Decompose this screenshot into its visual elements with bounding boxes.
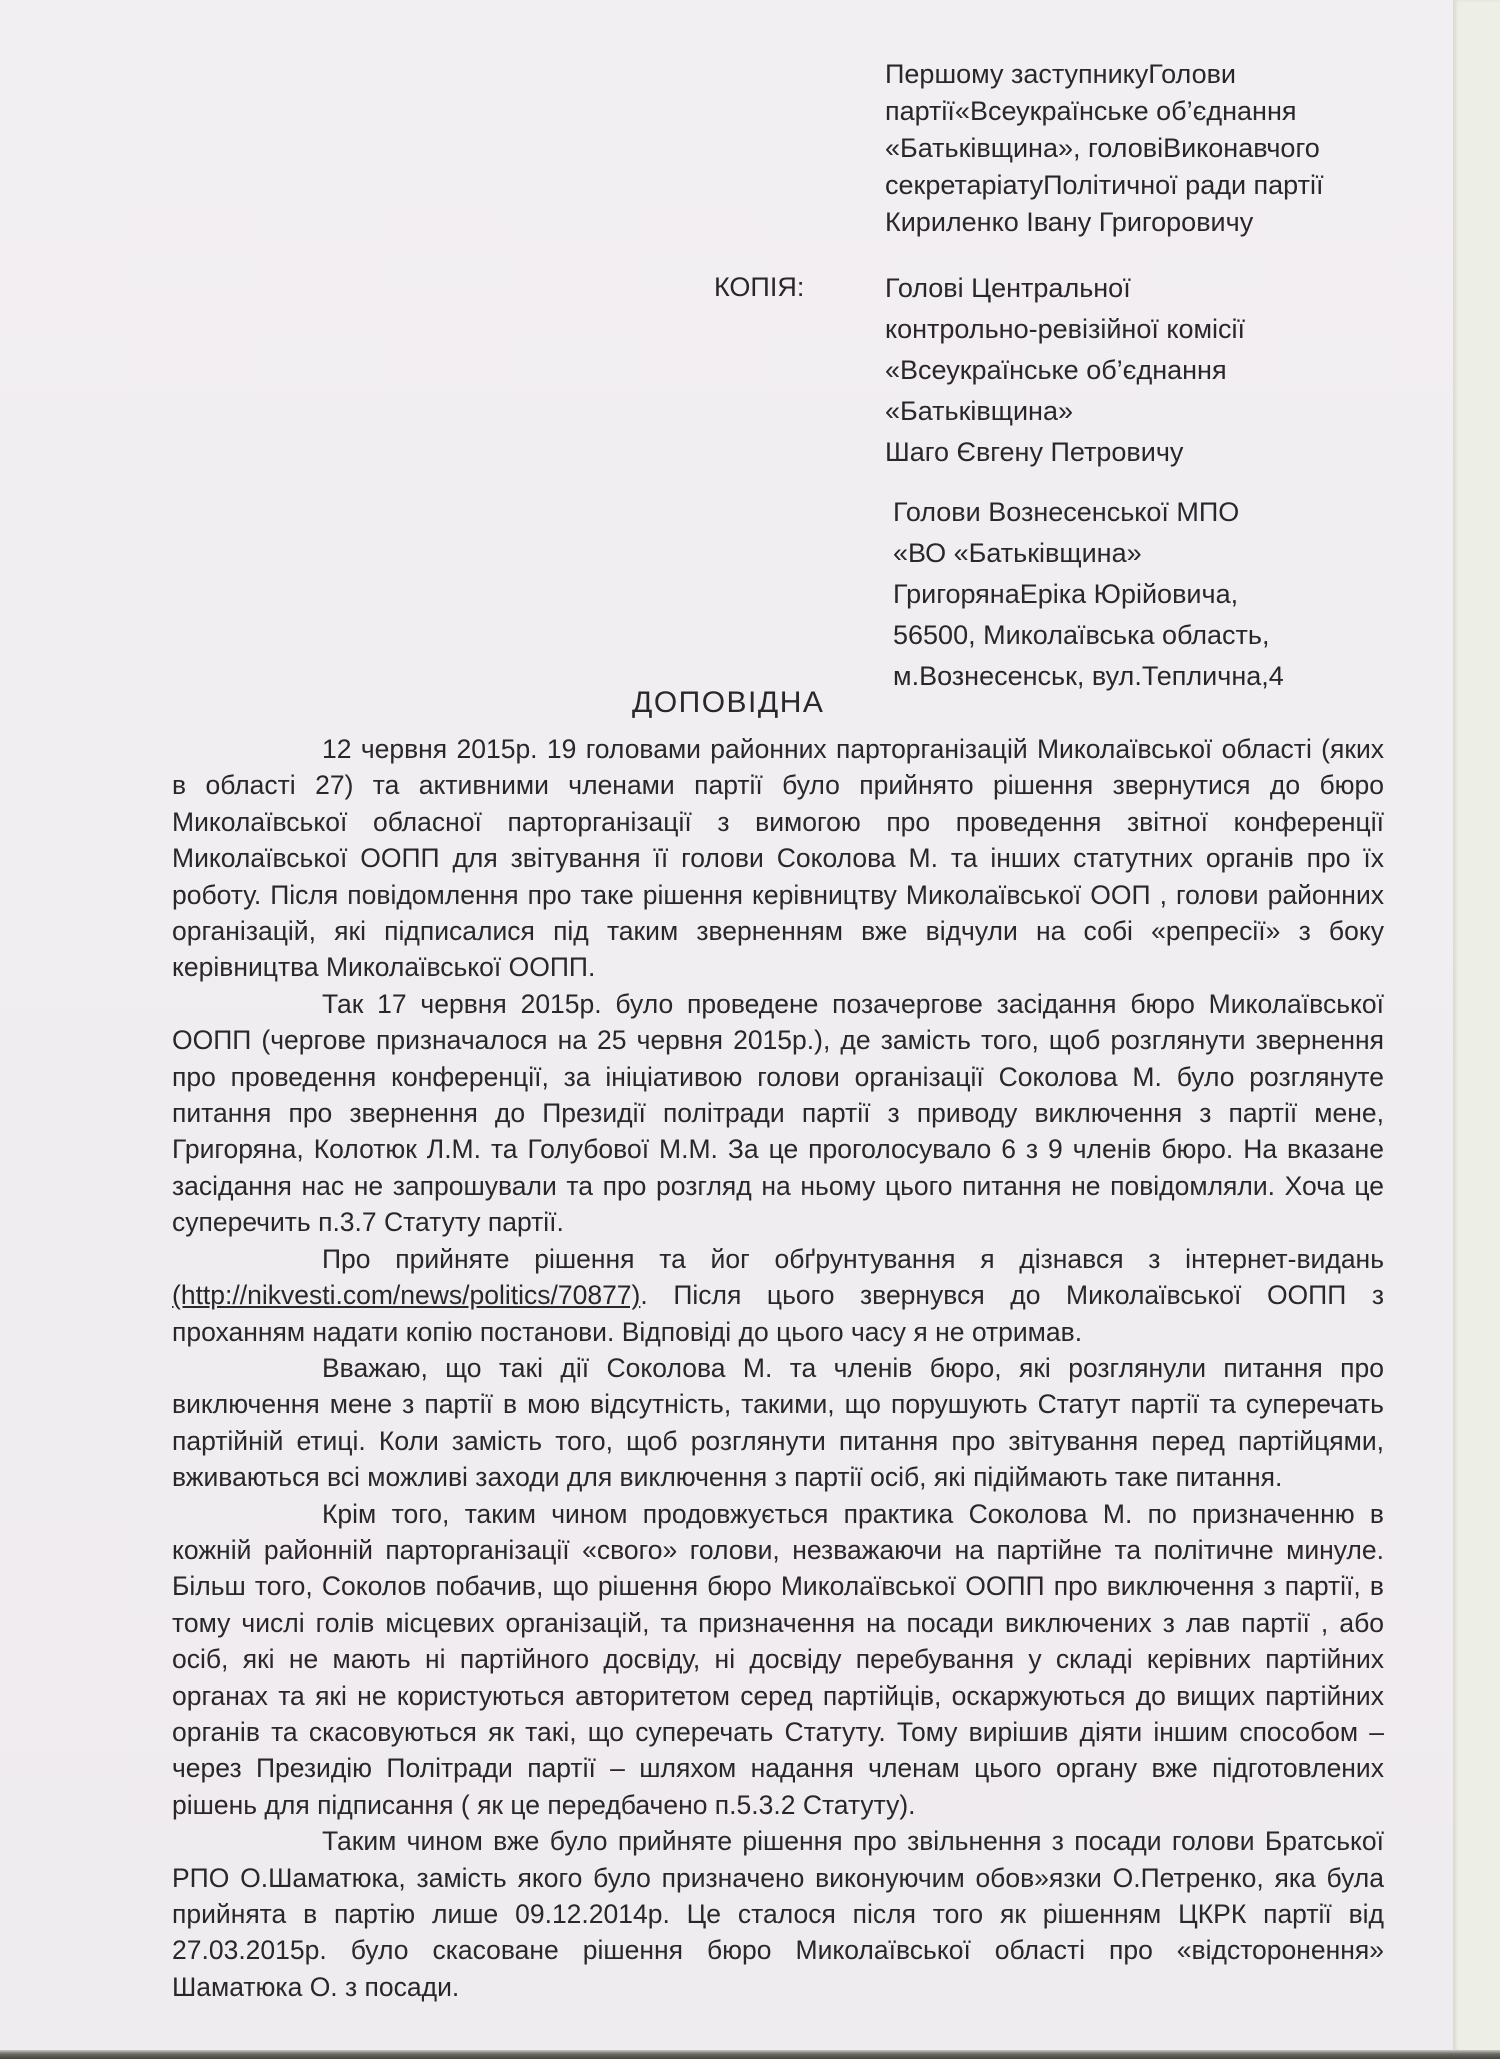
recipient-line: партії«Всеукраїнське об’єднання: [885, 93, 1323, 130]
sender-line: Голови Вознесенської МПО: [893, 492, 1284, 533]
paragraph-3-before: Про прийняте рішення та йог обґрунтуванн…: [322, 1244, 1384, 1274]
sender-address-block: Голови Вознесенської МПО «ВО «Батьківщин…: [893, 492, 1284, 697]
recipient-line: Першому заступникуГолови: [885, 56, 1323, 93]
recipient-line: Кириленко Івану Григоровичу: [885, 204, 1323, 241]
scanned-document-page: Першому заступникуГолови партії«Всеукраї…: [0, 0, 1500, 2059]
copy-recipient-line: Голові Центральної: [885, 268, 1245, 309]
scanner-edge-right: [1453, 0, 1500, 2059]
copy-recipient-line: Шаго Євгену Петровичу: [885, 432, 1245, 473]
recipient-address-block: Першому заступникуГолови партії«Всеукраї…: [885, 56, 1323, 241]
scanner-edge-bottom: [0, 2050, 1500, 2059]
recipient-line: секретаріатуПолітичної ради партії: [885, 167, 1323, 204]
paragraph-3: Про прийняте рішення та йог обґрунтуванн…: [172, 1241, 1384, 1350]
article-url: (http://nikvesti.com/news/politics/70877…: [172, 1280, 640, 1310]
copy-recipient-block: Голові Центральної контрольно-ревізійної…: [885, 268, 1245, 473]
paragraph-2: Так 17 червня 2015р. було проведене поза…: [172, 986, 1384, 1241]
sender-line: м.Вознесенськ, вул.Теплична,4: [893, 656, 1284, 697]
paragraph-4: Вважаю, що такі дії Соколова М. та члені…: [172, 1350, 1384, 1496]
paragraph-5: Крім того, таким чином продовжується пра…: [172, 1496, 1384, 1824]
paragraph-1: 12 червня 2015р. 19 головами районних па…: [172, 731, 1384, 986]
copy-recipient-line: «Батьківщина»: [885, 391, 1245, 432]
sender-line: ГригорянаЕріка Юрійовича,: [893, 574, 1284, 615]
copy-recipient-line: «Всеукраїнське об’єднання: [885, 350, 1245, 391]
document-title: ДОПОВІДНА: [632, 686, 824, 720]
copy-recipient-line: контрольно-ревізійної комісії: [885, 309, 1245, 350]
paragraph-6: Таким чином вже було прийняте рішення пр…: [172, 1823, 1384, 2005]
sender-line: «ВО «Батьківщина»: [893, 533, 1284, 574]
recipient-line: «Батьківщина», головіВиконавчого: [885, 130, 1323, 167]
document-body: 12 червня 2015р. 19 головами районних па…: [172, 731, 1384, 2005]
sender-line: 56500, Миколаївська область,: [893, 615, 1284, 656]
copy-label: КОПІЯ:: [714, 272, 804, 303]
